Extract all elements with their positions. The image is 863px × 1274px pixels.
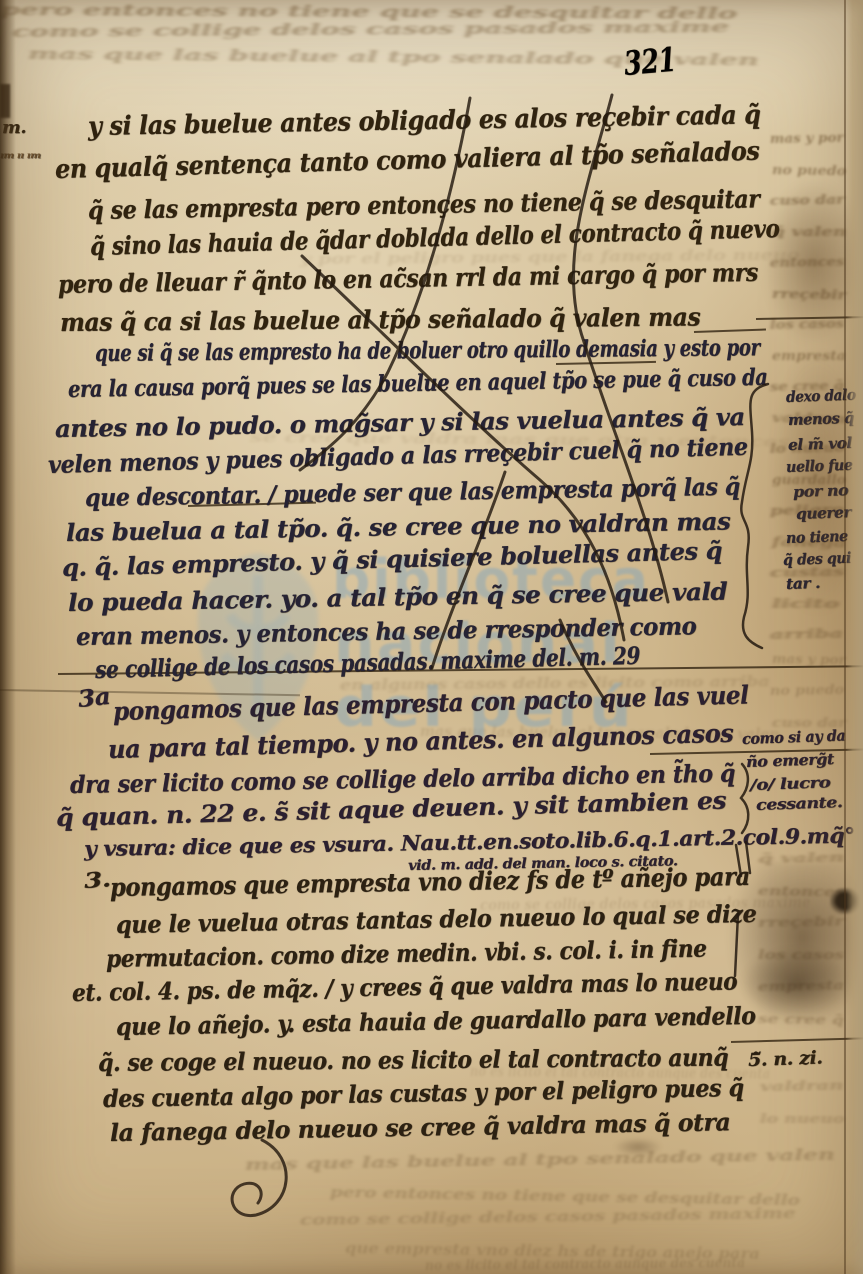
manuscript-line: era la causa porq̃ pues se las buelue en… bbox=[68, 364, 768, 403]
manuscript-line: y vsura: dice que es vsura. Nau.tt.en.so… bbox=[84, 823, 855, 861]
manuscript-page-scan: pero entonces no tiene que se desquitar … bbox=[0, 0, 863, 1274]
manuscript-line: que le vuelua otras tantas delo nueuo lo… bbox=[116, 899, 757, 939]
margin-note: tar . bbox=[786, 574, 821, 593]
margin-note: uello fue bbox=[786, 456, 853, 476]
margin-note: no tiene bbox=[786, 527, 848, 547]
folio-number: 321 bbox=[622, 40, 677, 83]
manuscript-line: que lo añejo. y. esta hauia de guardallo… bbox=[116, 1001, 756, 1041]
margin-note: el m̃ vol bbox=[788, 434, 852, 454]
manuscript-line: mas q̃ ca si las buelue al tp̃o señalado… bbox=[60, 302, 700, 337]
margin-note: como si ay da bbox=[742, 726, 846, 748]
margin-note: por no bbox=[793, 481, 849, 501]
manuscript-text-layer: y si las buelue antes obligado es alos r… bbox=[0, 0, 863, 1274]
margin-note: /o/ lucro bbox=[750, 773, 831, 794]
margin-note: cessante. bbox=[756, 793, 843, 814]
margin-note: ño emerg̃t bbox=[746, 750, 834, 771]
manuscript-line: permutacion. como dize medin. vbi. s. co… bbox=[106, 934, 707, 973]
margin-note: 5̃. n. zi. bbox=[748, 1047, 823, 1071]
page-right-edge-line bbox=[844, 0, 846, 1274]
adjacent-page-edge bbox=[846, 0, 863, 1274]
manuscript-line: pongamos que empresta vno diez fs de tº … bbox=[110, 862, 750, 902]
margin-note: q̃ des qui bbox=[783, 549, 852, 569]
page-left-edge-shadow bbox=[0, 0, 16, 1274]
margin-mark: 3a bbox=[77, 683, 112, 713]
manuscript-line: y si las buelue antes obligado es alos r… bbox=[88, 100, 761, 142]
manuscript-line: des cuenta algo por las custas y por el … bbox=[103, 1073, 744, 1113]
margin-note: querer bbox=[796, 503, 852, 523]
margin-mark: 3. bbox=[83, 866, 111, 893]
manuscript-line: en qualq̃ sentença tanto como valiera al… bbox=[55, 137, 760, 185]
manuscript-line: pero de lleuar r̃ q̃nto lo en ac̃san rrl… bbox=[58, 258, 758, 299]
manuscript-line: et. col. 4. ps. de mq̃z. / y crees q̃ qu… bbox=[72, 966, 738, 1007]
manuscript-line: q̃. se coge el nueuo. no es licito el ta… bbox=[98, 1043, 728, 1077]
manuscript-line: que descontar. / puede ser que las empre… bbox=[85, 472, 740, 512]
manuscript-line: la fanega delo nueuo se cree q̃ valdra m… bbox=[110, 1107, 731, 1147]
manuscript-line: que si q̃ se las empresto ha de boluer o… bbox=[95, 334, 760, 367]
